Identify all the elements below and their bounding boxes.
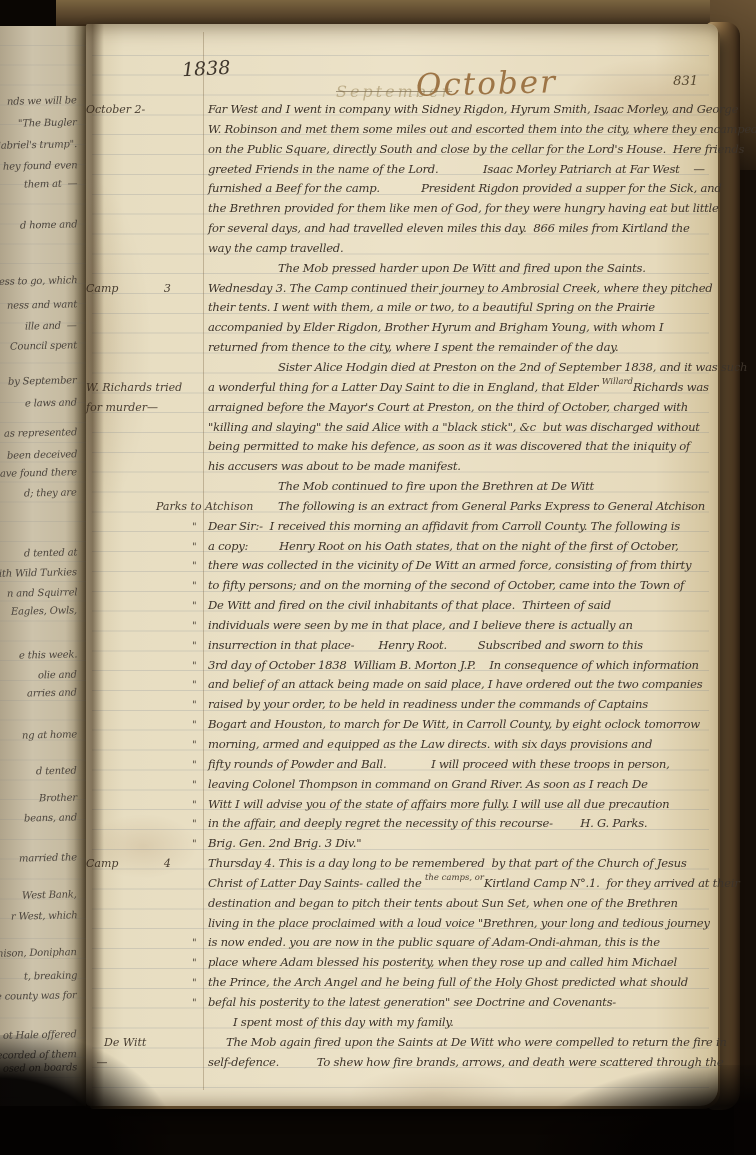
body-line: "a copy: Henry Root on his Oath states, … <box>208 537 722 557</box>
body-line: "morning, armed and equipped as the Law … <box>208 735 722 755</box>
body-line: "place where Adam blessed his posterity,… <box>208 953 722 973</box>
quote-mark: " <box>192 696 196 716</box>
body-line: for several days, and had travelled elev… <box>208 219 722 239</box>
left-page-fragment: hey found even <box>2 160 77 173</box>
margin-note: for murder— <box>86 398 206 418</box>
quote-mark: " <box>192 538 196 558</box>
margin-note: Parks to Atchison <box>86 497 206 517</box>
quote-mark: " <box>192 557 196 577</box>
body-line: "Dear Sir:- I received this morning an a… <box>208 517 722 537</box>
body-line: "raised by your order, to be held in rea… <box>208 695 722 715</box>
margin-note: Camp 4 <box>86 854 206 874</box>
left-page-fragment: Gabriel's trump". <box>0 139 77 152</box>
body-line: "in the affair, and deeply regret the ne… <box>208 814 722 834</box>
body-line: "killing and slaying" the said Alice wit… <box>208 418 722 438</box>
left-page-fragment: d home and <box>19 219 77 231</box>
left-page-fragment: ess to go, which <box>0 275 77 288</box>
left-page-fragment: ng at home <box>22 729 77 741</box>
body-line: returned from thence to the city, where … <box>208 338 722 358</box>
margin-note: Camp 3 <box>86 279 206 299</box>
quote-mark: " <box>192 617 196 637</box>
margin-note: October 2- <box>86 100 206 120</box>
quote-mark: " <box>192 657 196 677</box>
left-page-fragment: d tented at <box>24 547 77 559</box>
quote-mark: " <box>192 994 196 1014</box>
body-line: "leaving Colonel Thompson in command on … <box>208 775 722 795</box>
quote-mark: " <box>192 776 196 796</box>
body-line: W. Richards trieda wonderful thing for a… <box>208 378 722 398</box>
body-line: "befal his posterity to the latest gener… <box>208 993 722 1013</box>
body-line: "Bogart and Houston, to march for De Wit… <box>208 715 722 735</box>
body-line: "is now ended. you are now in the public… <box>208 933 722 953</box>
left-page-fragment: "The Bugler <box>18 117 77 129</box>
body-line: Camp 4Thursday 4. This is a day long to … <box>208 854 722 874</box>
left-page-fragment: been deceived <box>7 449 77 461</box>
body-line: "De Witt and fired on the civil inhabita… <box>208 596 722 616</box>
margin-rule <box>203 32 204 1090</box>
quote-mark: " <box>192 716 196 736</box>
bottom-left-shadow <box>0 1035 170 1155</box>
quote-mark: " <box>192 835 196 855</box>
left-page-fragment: olie and <box>38 670 77 682</box>
body-line: The Mob continued to fire upon the Breth… <box>208 477 722 497</box>
quote-mark: " <box>192 518 196 538</box>
left-page-fragment: d tented <box>36 766 77 778</box>
quote-mark: " <box>192 736 196 756</box>
body-line: "there was collected in the vicinity of … <box>208 556 722 576</box>
body-line: "fifty rounds of Powder and Ball. I will… <box>208 755 722 775</box>
left-page-fragment: e this week. <box>19 649 78 661</box>
body-line: destination and began to pitch their ten… <box>208 894 722 914</box>
left-page-fragment: Brother <box>39 793 77 805</box>
body-line: "individuals were seen by me in that pla… <box>208 616 722 636</box>
quote-mark: " <box>192 974 196 994</box>
body-line: Sister Alice Hodgin died at Preston on t… <box>208 358 722 378</box>
body-line: accompanied by Elder Rigdon, Brother Hyr… <box>208 318 722 338</box>
left-page-fragment: tchison, Doniphan <box>0 947 77 960</box>
left-page-fragment: t, breaking <box>24 970 78 982</box>
quote-mark: " <box>192 676 196 696</box>
body-line: on the Public Square, directly South and… <box>208 140 722 160</box>
left-page-fragment: as represented <box>4 427 77 440</box>
left-page-fragment: West Bank, <box>22 889 77 901</box>
body-line: being permitted to make his defence, as … <box>208 437 722 457</box>
body-line: "Witt I will advise you of the state of … <box>208 795 722 815</box>
body-line: Christ of Latter Day Saints- called the … <box>208 874 722 894</box>
left-page-fragment: arries and <box>27 687 77 699</box>
body-line: The Mob pressed harder upon De Witt and … <box>208 259 722 279</box>
body-line: "Brig. Gen. 2nd Brig. 3 Div." <box>208 834 722 854</box>
body-line: for murder—arraigned before the Mayor's … <box>208 398 722 418</box>
body-line: I spent most of this day with my family. <box>208 1013 722 1033</box>
quote-mark: " <box>192 815 196 835</box>
body-line: furnished a Beef for the camp. President… <box>208 179 722 199</box>
body-line: "the Prince, the Arch Angel and he being… <box>208 973 722 993</box>
left-page-fragment: e laws and <box>25 397 77 409</box>
body-line: "to fifty persons; and on the morning of… <box>208 576 722 596</box>
interlinear-insertion: Willard <box>602 377 633 387</box>
body-line: living in the place proclaimed with a lo… <box>208 914 722 934</box>
left-page-fragment: beans, and <box>24 812 77 824</box>
body-line: "and belief of an attack being made on s… <box>208 675 722 695</box>
left-page-fragment: d; they are <box>24 487 77 499</box>
left-page-fragment: Eagles, Owls, <box>11 605 77 617</box>
body-line: October 2-Far West and I went in company… <box>208 100 722 120</box>
body-line: "insurrection in that place- Henry Root.… <box>208 636 722 656</box>
body-line: greeted Friends in the name of the Lord.… <box>208 160 722 180</box>
left-page-fragment: ille and — <box>25 320 77 332</box>
quote-mark: " <box>192 954 196 974</box>
body-line: W. Robinson and met them some miles out … <box>208 120 722 140</box>
left-page-fragment: r West, which <box>10 910 77 922</box>
interlinear-insertion: the camps, or <box>425 873 484 883</box>
page-number: 831 <box>673 74 698 89</box>
body-line: the Brethren provided for them like men … <box>208 199 722 219</box>
left-page-fragment: them at — <box>24 178 78 190</box>
left-page-fragment: ith Wild Turkies <box>0 567 77 580</box>
body-line: his accusers was about to be made manife… <box>208 457 722 477</box>
body-lines: October 2-Far West and I went in company… <box>208 100 722 1072</box>
quote-mark: " <box>192 796 196 816</box>
year-label: 1838 <box>181 57 230 82</box>
left-page-fragment: married the <box>19 852 77 864</box>
quote-mark: " <box>192 597 196 617</box>
left-page-fragment: ness and want <box>7 299 77 311</box>
gutter-shadow <box>74 24 104 1108</box>
quote-mark: " <box>192 637 196 657</box>
body-line: Camp 3Wednesday 3. The Camp continued th… <box>208 279 722 299</box>
body-line: De WittThe Mob again fired upon the Sain… <box>208 1033 722 1053</box>
margin-note: W. Richards tried <box>86 378 206 398</box>
left-page-fragment: ave found there <box>0 467 77 480</box>
left-page-fragment: Council spent <box>10 340 77 352</box>
quote-mark: " <box>192 756 196 776</box>
left-page-fragment: n and Squirrel <box>7 587 78 599</box>
bottom-right-shadow <box>536 1065 756 1155</box>
body-line: way the camp travelled. <box>208 239 722 259</box>
left-page-fragment: by September <box>8 375 77 387</box>
journal-page: 1838 September October 831 October 2-Far… <box>86 24 718 1106</box>
quote-mark: " <box>192 934 196 954</box>
body-line: "3rd day of October 1838 William B. Mort… <box>208 656 722 676</box>
left-page-fragment: e county was for <box>0 990 77 1003</box>
left-page-fragment: nds we will be <box>7 95 77 107</box>
quote-mark: " <box>192 577 196 597</box>
month-header: October <box>416 64 558 104</box>
body-line: Parks to AtchisonThe following is an ext… <box>208 497 722 517</box>
body-line: their tents. I went with them, a mile or… <box>208 298 722 318</box>
